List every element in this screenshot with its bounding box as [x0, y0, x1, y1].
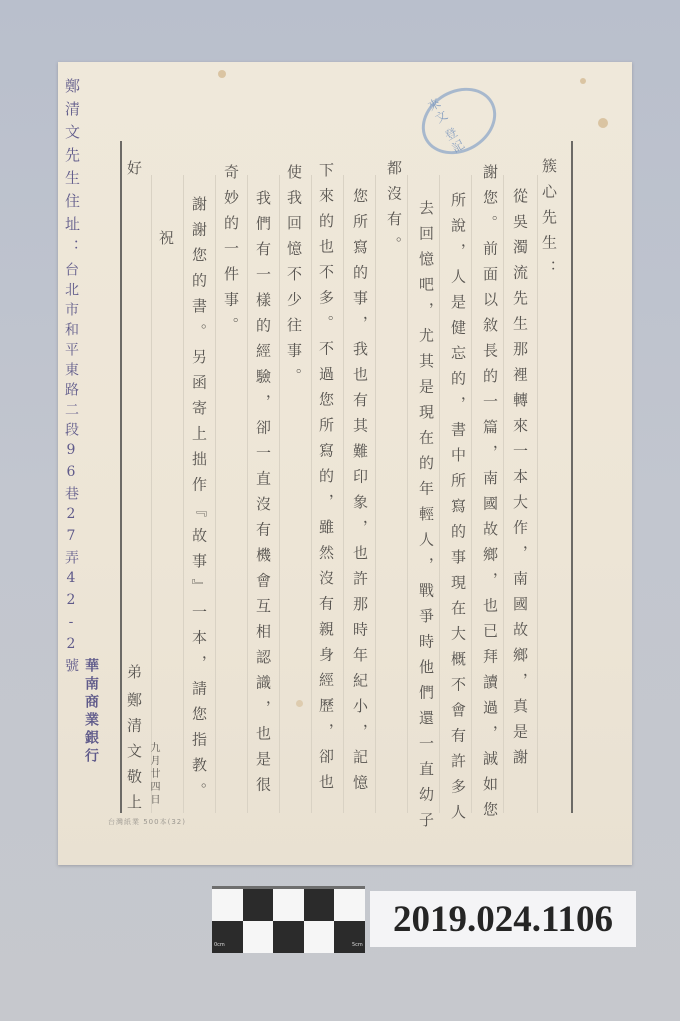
- affiliation-stamp: 華南商業銀行: [84, 658, 98, 766]
- letter-column: 使我回憶不少往事。: [286, 164, 301, 394]
- printer-mark: 台灣紙業 500本(32): [108, 817, 186, 827]
- letter-column: 謝謝您的書。另函寄上拙作『故事』一本，請您指教。: [191, 196, 206, 808]
- closing-good: 好: [126, 160, 141, 186]
- column-rule: [471, 175, 472, 813]
- letter-column: 我們有一樣的經驗，卻一直沒有機會互相認識，也是很: [255, 190, 270, 802]
- column-rule: [151, 175, 152, 813]
- column-rule: [537, 175, 538, 813]
- scale-square: [243, 921, 274, 953]
- sender-prefix: 弟: [126, 664, 141, 690]
- column-rule: [503, 175, 504, 813]
- letter-column: 謝您。前面以敘長的一篇，南國故鄉，也已拜讀過，誠如您: [482, 164, 497, 827]
- column-rule: [407, 175, 408, 813]
- foxing-spot: [218, 70, 226, 78]
- right-border-line: [571, 141, 573, 813]
- left-border-line: [120, 141, 122, 813]
- scale-square: [273, 889, 304, 921]
- address-label: 鄭清文先生住址：: [64, 78, 79, 262]
- column-rule: [311, 175, 312, 813]
- column-rule: [215, 175, 216, 813]
- column-rule: [247, 175, 248, 813]
- column-rule: [183, 175, 184, 813]
- accession-number-label: 2019.024.1106: [370, 891, 636, 947]
- scale-square: [304, 921, 335, 953]
- letter-column: 奇妙的一件事。: [223, 164, 238, 343]
- color-scale-bar: [212, 886, 365, 953]
- scale-left-label: 0cm: [214, 942, 225, 948]
- scale-square: [212, 889, 243, 921]
- letter-column: 從吳濁流先生那裡轉來一本大作，南國故鄉，真是謝: [512, 188, 527, 775]
- scale-square: [304, 889, 335, 921]
- column-rule: [439, 175, 440, 813]
- letter-date: 九月廿四日: [148, 742, 158, 807]
- closing-wish: 祝: [158, 230, 173, 256]
- scale-square: [243, 889, 274, 921]
- foxing-spot: [598, 118, 608, 128]
- scale-right-label: 5cm: [352, 942, 363, 948]
- column-rule: [343, 175, 344, 813]
- column-rule: [375, 175, 376, 813]
- letter-column: 下來的也不多。不過您所寫的，雖然沒有親身經歷，卻也: [318, 162, 333, 800]
- letter-column: 您所寫的事，我也有其難印象，也許那時年紀小，記憶: [352, 188, 367, 800]
- scale-square: [212, 921, 243, 953]
- column-rule: [279, 175, 280, 813]
- letter-column: 去回憶吧，尤其是現在的年輕人，戰爭時他們還一直幼子: [418, 200, 433, 838]
- scale-square: [273, 921, 304, 953]
- foxing-spot: [580, 78, 586, 84]
- sender-name: 鄭清文敬上: [126, 692, 141, 820]
- foxing-spot: [296, 700, 303, 707]
- scale-square: [334, 921, 365, 953]
- salutation: 簇心先生：: [541, 158, 556, 286]
- letter-column: 都沒有。: [386, 160, 401, 262]
- scale-square: [334, 889, 365, 921]
- address-text: 台北市和平東路二段96巷27弄42-2號: [64, 262, 78, 678]
- letter-column: 所說，人是健忘的，書中所寫的事現在大概不會有許多人: [450, 192, 465, 830]
